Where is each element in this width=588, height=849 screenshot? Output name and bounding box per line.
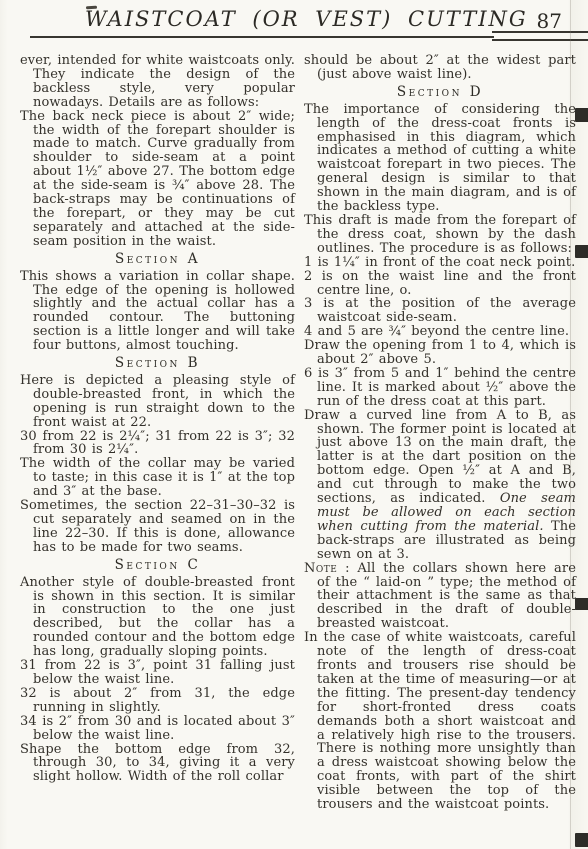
paragraph: 32 is about 2″ from 31, the edge running…: [20, 687, 295, 715]
paragraph: The back neck piece is about 2″ wide; th…: [20, 110, 295, 249]
body-text: 6 is 3″ from 5 and 1″ behind the centre …: [304, 366, 576, 409]
paragraph: Draw the opening from 1 to 4, which is a…: [304, 339, 576, 367]
paragraph: 30 from 22 is 2¼″; 31 from 22 is 3″; 32 …: [20, 430, 295, 458]
header-rule-right-top: [492, 31, 588, 33]
text-columns: ever, intended for white waistcoats only…: [20, 54, 576, 812]
paragraph: Another style of double-breasted front i…: [20, 576, 295, 659]
body-text: 4 and 5 are ¾″ beyond the centre line.: [304, 324, 569, 339]
paragraph: 2 is on the waist line and the front cen…: [304, 270, 576, 298]
paragraph: Here is depicted a pleasing style of dou…: [20, 374, 295, 430]
left-column: ever, intended for white waistcoats only…: [20, 54, 295, 812]
section-heading: Section C: [20, 559, 295, 573]
scan-artifact: [575, 108, 588, 122]
paragraph: 3 is at the position of the average wais…: [304, 297, 576, 325]
paragraph: Sometimes, the section 22–31–30–32 is cu…: [20, 499, 295, 555]
body-text: 34 is 2″ from 30 and is located about 3″…: [20, 714, 295, 743]
paragraph: The width of the collar may be varied to…: [20, 457, 295, 499]
paragraph: 1 is 1¼″ in front of the coat neck point…: [304, 256, 576, 270]
section-heading: Section B: [20, 357, 295, 371]
book-page: WAISTCOAT (OR VEST) CUTTING 87 ever, int…: [0, 0, 588, 849]
body-text: should be about 2″ at the widest part (j…: [304, 53, 576, 82]
scan-artifact: [575, 833, 588, 847]
body-text: 32 is about 2″ from 31, the edge running…: [20, 686, 295, 715]
paragraph: 31 from 22 is 3″, point 31 falling just …: [20, 659, 295, 687]
body-text: 3 is at the position of the average wais…: [304, 296, 576, 325]
body-text: Draw the opening from 1 to 4, which is a…: [304, 338, 576, 367]
body-text: ever, intended for white waistcoats only…: [20, 53, 295, 110]
page-number: 87: [537, 9, 562, 33]
smallcaps-text: Note: [304, 561, 337, 576]
paragraph: The importance of considering the length…: [304, 103, 576, 214]
paragraph: Note : All the collars shown here are of…: [304, 562, 576, 632]
body-text: Shape the bottom edge from 32, through 3…: [20, 742, 295, 785]
paragraph: 34 is 2″ from 30 and is located about 3″…: [20, 715, 295, 743]
paragraph: 4 and 5 are ¾″ beyond the centre line.: [304, 325, 576, 339]
running-title: WAISTCOAT (OR VEST) CUTTING: [85, 7, 515, 31]
section-heading: Section D: [304, 86, 576, 100]
header-rule-right-bottom: [492, 39, 588, 41]
body-text: This shows a variation in collar shape. …: [20, 269, 295, 354]
body-text: The width of the collar may be varied to…: [20, 456, 295, 499]
scan-artifact: [575, 598, 588, 610]
paragraph: This shows a variation in collar shape. …: [20, 270, 295, 353]
right-column: should be about 2″ at the widest part (j…: [304, 54, 576, 812]
paragraph: 6 is 3″ from 5 and 1″ behind the centre …: [304, 367, 576, 409]
scan-artifact: [575, 245, 588, 258]
paragraph: Shape the bottom edge from 32, through 3…: [20, 743, 295, 785]
body-text: This draft is made from the forepart of …: [304, 213, 576, 256]
paragraph: In the case of white waistcoats, careful…: [304, 631, 576, 812]
page-edge-shadow: [570, 0, 571, 849]
body-text: The back neck piece is about 2″ wide; th…: [20, 109, 295, 249]
paragraph: This draft is made from the forepart of …: [304, 214, 576, 256]
header-rule: [30, 36, 494, 38]
section-heading: Section A: [20, 253, 295, 267]
body-text: 2 is on the waist line and the front cen…: [304, 269, 576, 298]
body-text: Sometimes, the section 22–31–30–32 is cu…: [20, 498, 295, 555]
body-text: The importance of considering the length…: [304, 102, 576, 214]
body-text: Another style of double-breasted front i…: [20, 575, 295, 660]
body-text: 30 from 22 is 2¼″; 31 from 22 is 3″; 32 …: [20, 429, 295, 458]
paragraph: should be about 2″ at the widest part (j…: [304, 54, 576, 82]
body-text: Here is depicted a pleasing style of dou…: [20, 373, 295, 430]
body-text: : All the collars shown here are of the …: [317, 561, 576, 632]
body-text: 31 from 22 is 3″, point 31 falling just …: [20, 658, 295, 687]
paragraph: ever, intended for white waistcoats only…: [20, 54, 295, 110]
body-text: In the case of white waistcoats, careful…: [304, 630, 576, 812]
body-text: 1 is 1¼″ in front of the coat neck point…: [304, 255, 575, 270]
paragraph: Draw a curved line from A to B, as shown…: [304, 409, 576, 562]
